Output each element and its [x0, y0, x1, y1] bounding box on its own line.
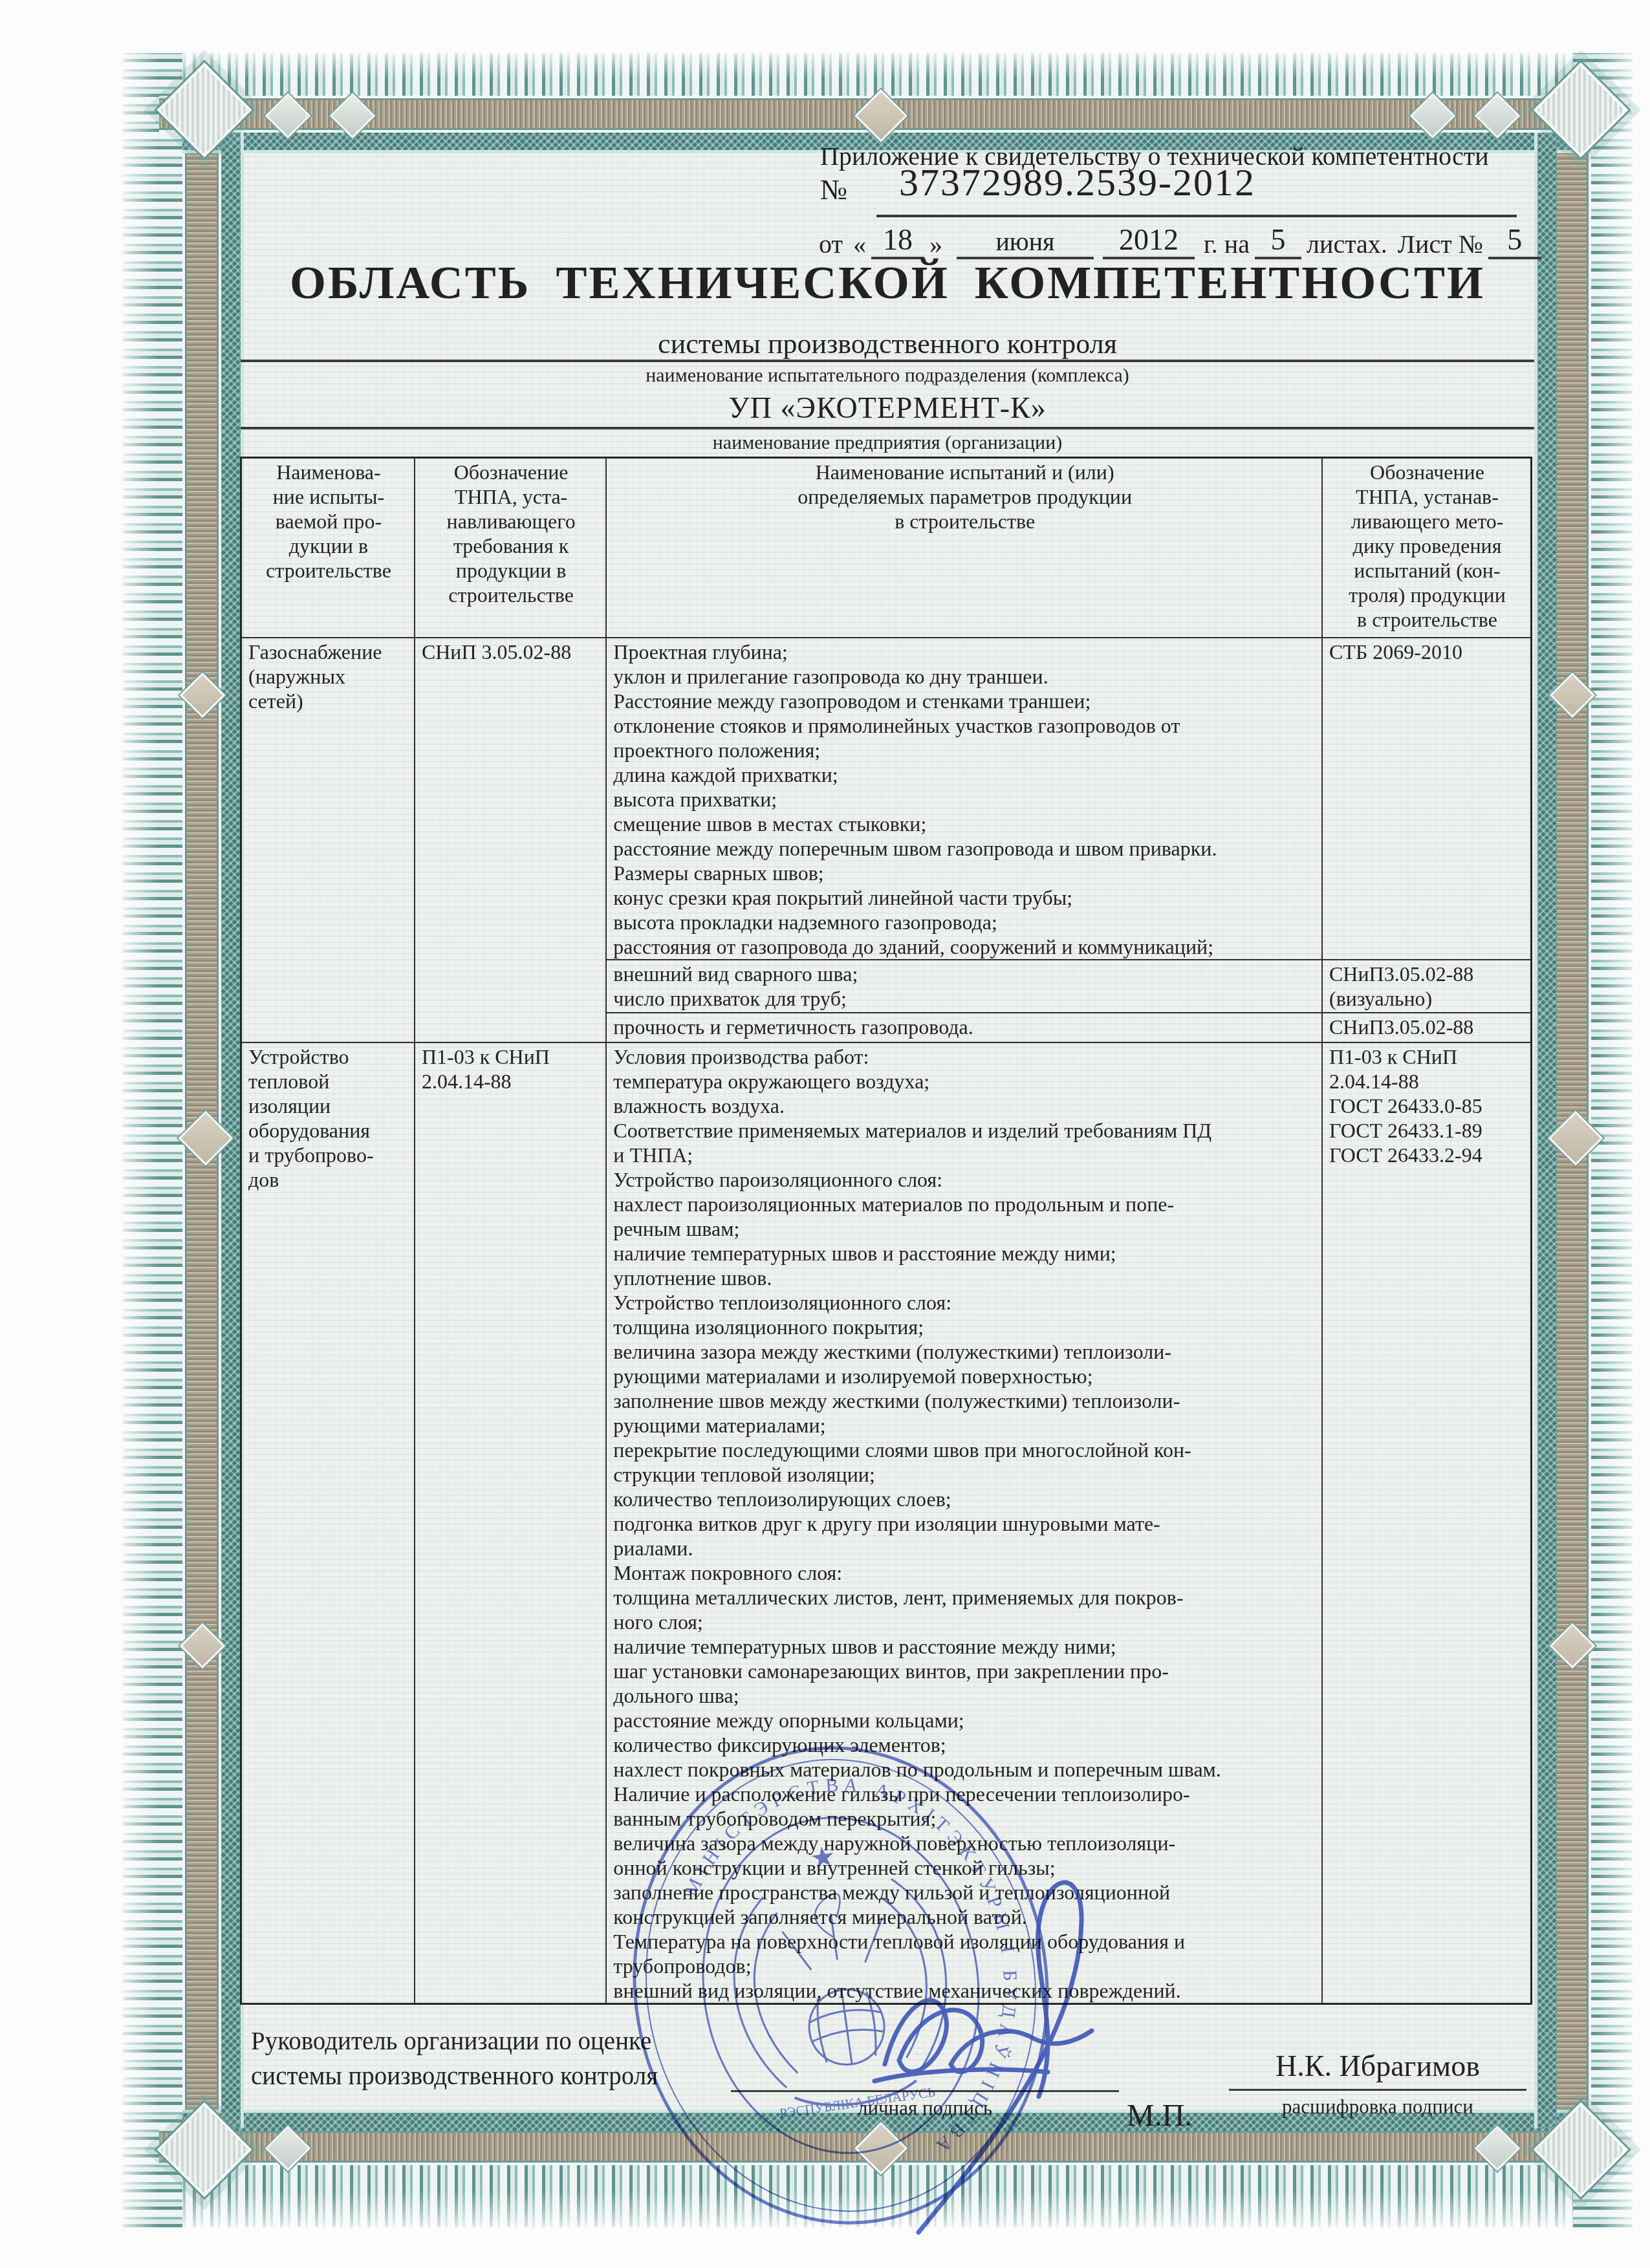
cell-tests-insulation: Условия производства работ: температура …	[606, 1042, 1322, 2004]
cell-method-visual: СНиП3.05.02-88 (визуально)	[1322, 960, 1532, 1013]
cell-tests-gas: Проектная глубина; уклон и прилегание га…	[606, 638, 1322, 960]
page-title: ОБЛАСТЬ ТЕХНИЧЕСКОЙ КОМПЕТЕНТНОСТИ	[241, 256, 1534, 310]
signatory-role-line2: системы производственного контроля	[251, 2059, 658, 2094]
rule-under-subtitle	[241, 360, 1534, 362]
date-row: от « 18 » июня 2012 г. на 5 листах. Лист…	[814, 222, 1519, 259]
date-middle-label: г. на	[1204, 229, 1250, 259]
date-prefix: от	[819, 229, 843, 259]
date-year: 2012	[1103, 222, 1195, 259]
number-label: №	[820, 173, 847, 206]
sheets-count: 5	[1255, 222, 1301, 259]
date-month: июня	[957, 226, 1094, 259]
seal-place-abbr: М.П.	[1127, 2098, 1192, 2133]
border-wave-right	[1534, 133, 1557, 2128]
number-underline	[876, 215, 1517, 217]
cell-tests-visual: внешний вид сварного шва; число прихвато…	[606, 960, 1322, 1013]
cell-tnpa-gas: СНиП 3.05.02-88	[415, 638, 606, 1042]
table-row: Газоснабжение (наружных сетей) СНиП 3.05…	[241, 638, 1532, 960]
signatory-role-line1: Руководитель организации по оценке	[251, 2024, 658, 2059]
close-quote: »	[929, 229, 942, 259]
table-header-row: Наименова- ние испыты- ваемой про- дукци…	[241, 458, 1532, 638]
competence-table-wrap: Наименова- ние испыты- ваемой про- дукци…	[240, 457, 1532, 2005]
cell-method-insulation: П1-03 к СНиП 2.04.14-88 ГОСТ 26433.0-85 …	[1322, 1042, 1532, 2004]
cell-method-gas: СТБ 2069-2010	[1322, 638, 1532, 960]
certificate-number: 37372989.2539-2012	[899, 160, 1255, 205]
col-header-tnpa-methods: Обозначение ТНПА, устанав- ливающего мет…	[1322, 458, 1532, 638]
border-feather-bottom	[123, 2165, 1633, 2227]
caption-org: наименование предприятия (организации)	[241, 432, 1534, 454]
page-subtitle: системы производственного контроля	[241, 327, 1534, 360]
signatory-role: Руководитель организации по оценке систе…	[251, 2024, 658, 2094]
sheet-number: 5	[1488, 222, 1541, 259]
signatory-name: Н.К. Ибрагимов	[1229, 2049, 1526, 2083]
col-header-tnpa-requirements: Обозначение ТНПА, уста- навливающего тре…	[415, 458, 606, 638]
sheet-number-label: Лист №	[1398, 229, 1483, 259]
name-caption: расшифровка подписи	[1229, 2095, 1526, 2119]
personal-signature-line	[731, 2090, 1119, 2092]
competence-table: Наименова- ние испыты- ваемой про- дукци…	[240, 457, 1532, 2005]
name-underline	[1229, 2089, 1526, 2091]
cell-product-insulation: Устройство тепловой изоляции оборудовани…	[241, 1042, 415, 2004]
col-header-product: Наименова- ние испыты- ваемой про- дукци…	[241, 458, 415, 638]
cell-product-gas: Газоснабжение (наружных сетей)	[241, 638, 415, 1042]
organization-name: УП «ЭКОТЕРМЕНТ-К»	[241, 391, 1534, 425]
col-header-tests: Наименование испытаний и (или) определяе…	[606, 458, 1322, 638]
sheets-label: листах.	[1307, 229, 1387, 259]
open-quote: «	[853, 229, 866, 259]
table-row: Устройство тепловой изоляции оборудовани…	[241, 1042, 1532, 2004]
cell-method-strength: СНиП3.05.02-88	[1322, 1013, 1532, 1042]
cell-tnpa-insulation: П1-03 к СНиП 2.04.14-88	[415, 1042, 606, 2004]
certificate-page: Приложение к свидетельству о технической…	[0, 0, 1650, 2268]
caption-unit: наименование испытательного подразделени…	[241, 365, 1534, 387]
personal-signature-caption: личная подпись	[731, 2097, 1119, 2120]
rule-under-org	[241, 427, 1534, 429]
cell-tests-strength: прочность и герметичность газопровода.	[606, 1013, 1322, 1042]
date-day: 18	[871, 222, 924, 259]
border-feather-top	[123, 53, 1633, 96]
border-feather-left	[123, 53, 182, 2227]
